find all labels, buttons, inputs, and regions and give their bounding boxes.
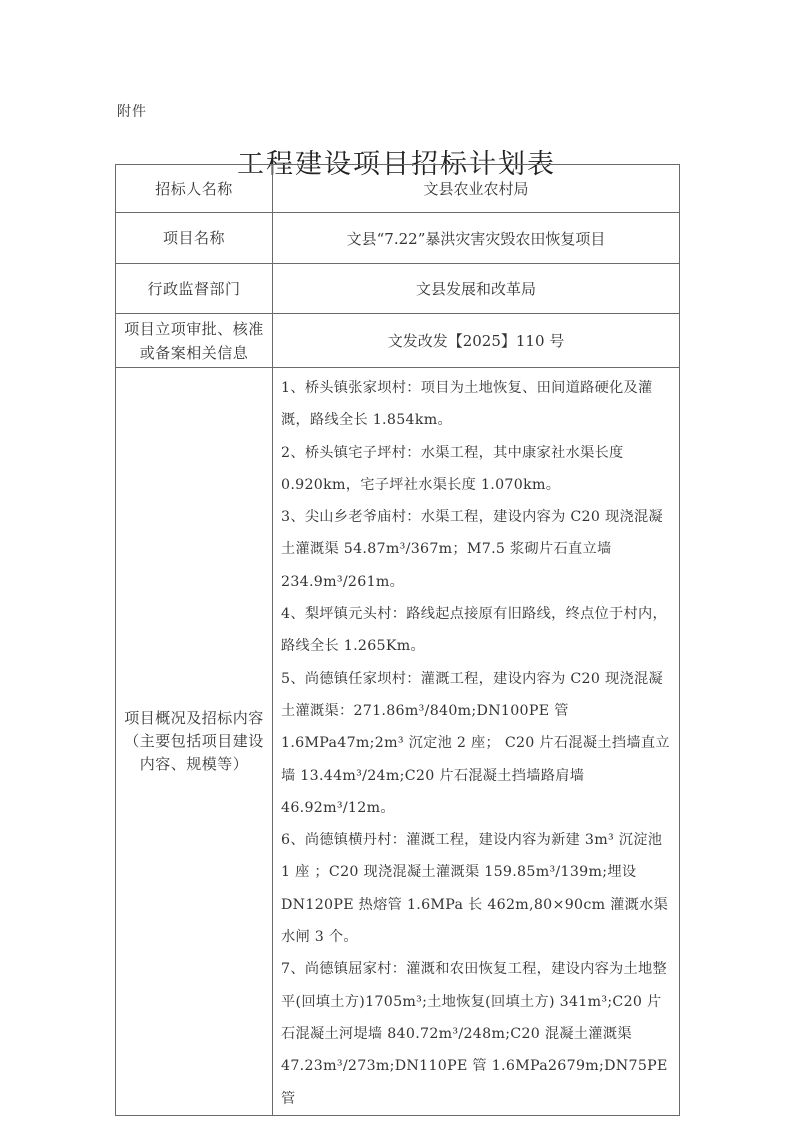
label-approval-line2: 或备案相关信息: [116, 341, 272, 365]
overview-item-4: 4、梨坪镇元头村：路线起点接原有旧路线，终点位于村内，路线全长 1.265Km。: [281, 598, 673, 663]
value-supervising-dept: 文县发展和改革局: [273, 264, 680, 314]
table-row-supervising-dept: 行政监督部门 文县发展和改革局: [116, 264, 680, 314]
table-row-project-name: 项目名称 文县“7.22”暴洪灾害灾毁农田恢复项目: [116, 213, 680, 264]
value-tenderer: 文县农业农村局: [273, 165, 680, 213]
value-project-name: 文县“7.22”暴洪灾害灾毁农田恢复项目: [273, 213, 680, 264]
overview-item-3: 3、尖山乡老爷庙村：水渠工程，建设内容为 C20 现浇混凝土灌溉渠 54.87m…: [281, 501, 673, 598]
value-approval-info: 文发改发【2025】110 号: [273, 314, 680, 368]
overview-item-5: 5、尚德镇任家坝村：灌溉工程，建设内容为 C20 现浇混凝土灌溉渠：271.86…: [281, 663, 673, 824]
overview-item-1: 1、桥头镇张家坝村：项目为土地恢复、田间道路硬化及灌溉，路线全长 1.854km…: [281, 372, 673, 437]
label-overview-line2: （主要包括项目建设: [116, 730, 272, 753]
table-row-approval-info: 项目立项审批、核准 或备案相关信息 文发改发【2025】110 号: [116, 314, 680, 368]
overview-item-6: 6、尚德镇横丹村：灌溉工程，建设内容为新建 3m³ 沉淀池 1 座 ；C20 现…: [281, 824, 673, 953]
label-overview: 项目概况及招标内容 （主要包括项目建设 内容、规模等）: [116, 368, 273, 1116]
label-overview-line3: 内容、规模等）: [116, 753, 272, 776]
label-overview-line1: 项目概况及招标内容: [116, 707, 272, 730]
attachment-label: 附件: [117, 101, 147, 121]
label-approval-line1: 项目立项审批、核准: [116, 317, 272, 341]
table-row-tenderer: 招标人名称 文县农业农村局: [116, 165, 680, 213]
overview-item-7: 7、尚德镇屈家村：灌溉和农田恢复工程，建设内容为土地整平(回填土方)1705m³…: [281, 953, 673, 1114]
label-supervising-dept: 行政监督部门: [116, 264, 273, 314]
label-tenderer: 招标人名称: [116, 165, 273, 213]
label-project-name: 项目名称: [116, 213, 273, 264]
overview-item-2: 2、桥头镇宅子坪村：水渠工程，其中康家社水渠长度 0.920km，宅子坪社水渠长…: [281, 437, 673, 502]
label-approval-info: 项目立项审批、核准 或备案相关信息: [116, 314, 273, 368]
bidding-plan-table: 招标人名称 文县农业农村局 项目名称 文县“7.22”暴洪灾害灾毁农田恢复项目 …: [115, 164, 680, 1116]
value-overview: 1、桥头镇张家坝村：项目为土地恢复、田间道路硬化及灌溉，路线全长 1.854km…: [273, 368, 680, 1116]
table-row-overview: 项目概况及招标内容 （主要包括项目建设 内容、规模等） 1、桥头镇张家坝村：项目…: [116, 368, 680, 1116]
